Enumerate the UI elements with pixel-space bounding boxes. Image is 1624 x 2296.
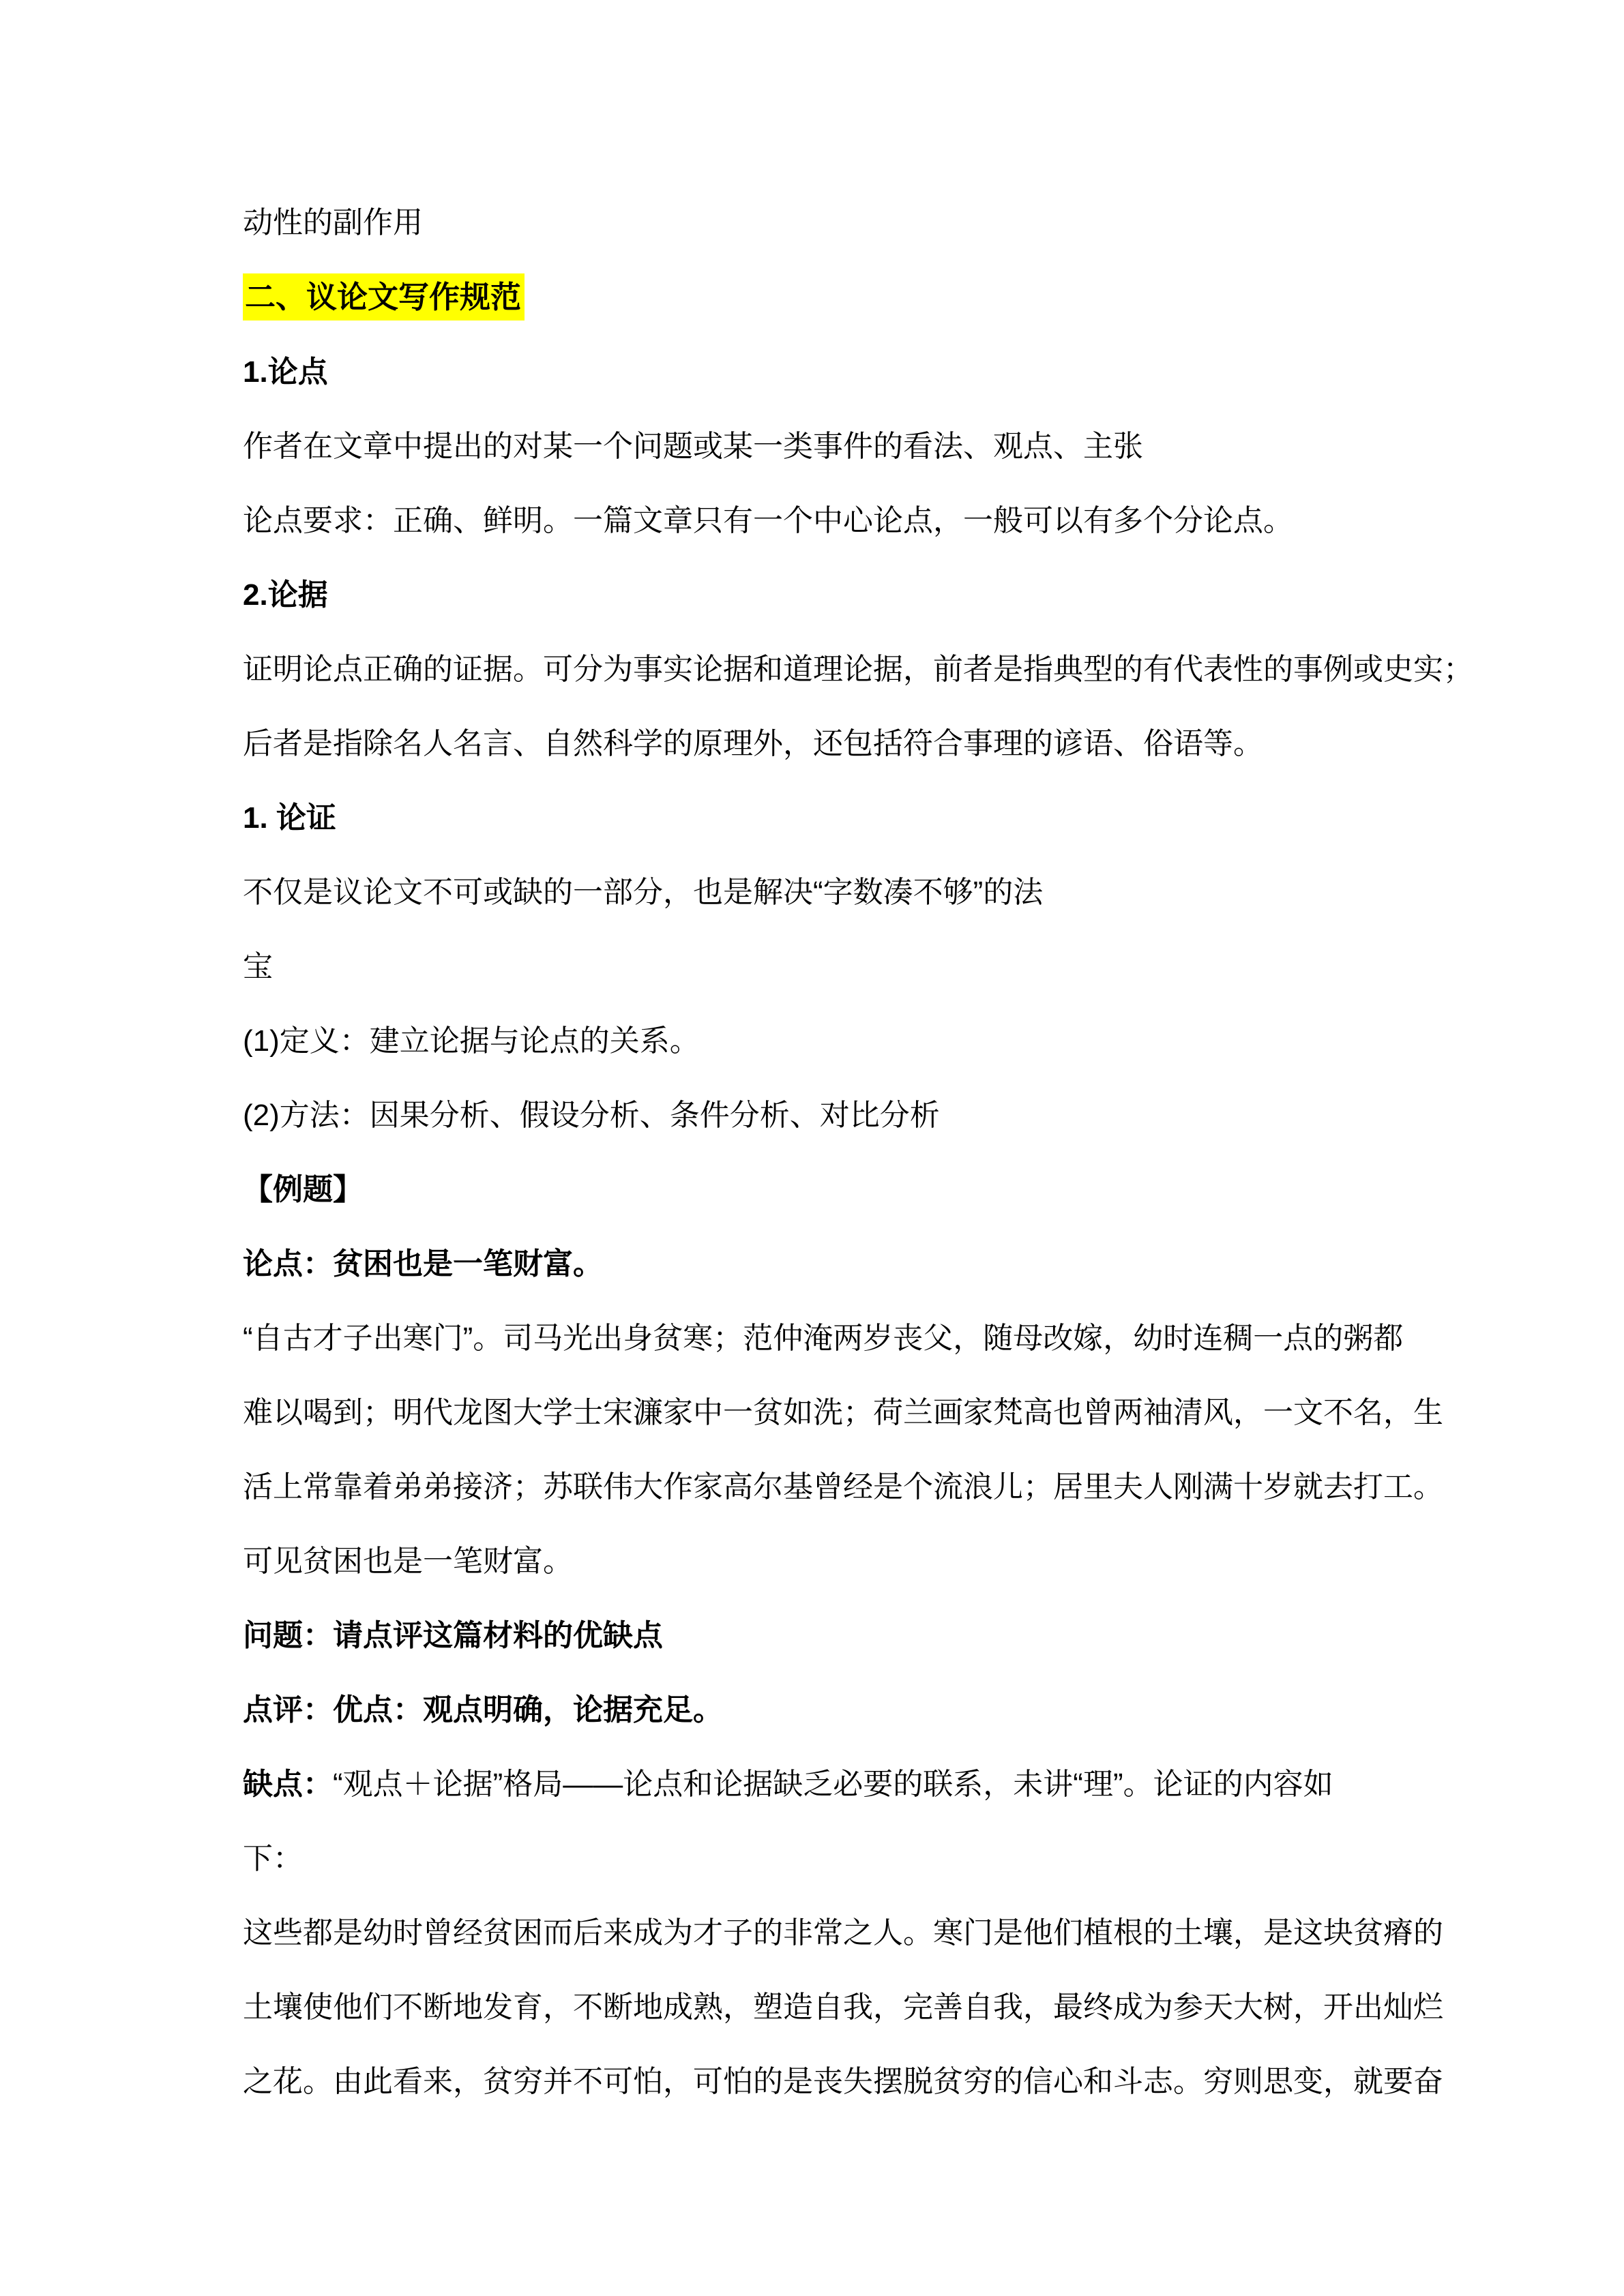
text-line: 活上常靠着弟弟接济；苏联伟大作家高尔基曾经是个流浪儿；居里夫人刚满十岁就去打工。 [243,1450,1419,1524]
text-line: 作者在文章中提出的对某一个问题或某一类事件的看法、观点、主张 [243,409,1419,483]
text-line: (1)定义：建立论据与论点的关系。 [243,1004,1419,1078]
text-line: 这些都是幼时曾经贫困而后来成为才子的非常之人。寒门是他们植根的土壤，是这块贫瘠的 [243,1896,1419,1970]
text-line: 不仅是议论文不可或缺的一部分，也是解决“字数凑不够”的法 [243,855,1419,929]
text-line: (2)方法：因果分析、假设分析、条件分析、对比分析 [243,1078,1419,1152]
text-line: “自古才子出寒门”。司马光出身贫寒；范仲淹两岁丧父，随母改嫁，幼时连稠一点的粥都 [243,1301,1419,1375]
section-heading-line: 二、议论文写作规范 [243,260,1419,335]
text-line: 土壤使他们不断地发育，不断地成熟，塑造自我，完善自我，最终成为参天大树，开出灿烂 [243,1970,1419,2044]
text-line: 难以喝到；明代龙图大学士宋濂家中一贫如洗；荷兰画家梵高也曾两袖清风，一文不名，生 [243,1375,1419,1450]
text-line: 之花。由此看来，贫穷并不可怕，可怕的是丧失摆脱贫穷的信心和斗志。穷则思变，就要奋 [243,2044,1419,2119]
question-line: 问题：请点评这篇材料的优缺点 [243,1598,1419,1673]
weakness-rest: “观点＋论据”格局——论点和论据缺乏必要的联系，未讲“理”。论证的内容如 [333,1768,1333,1801]
subheading-lundian: 1.论点 [243,335,1419,409]
thesis-line: 论点：贫困也是一笔财富。 [243,1227,1419,1301]
text-line: 论点要求：正确、鲜明。一篇文章只有一个中心论点，一般可以有多个分论点。 [243,483,1419,558]
text-line: 宝 [243,929,1419,1004]
text-line: 后者是指除名人名言、自然科学的原理外，还包括符合事理的谚语、俗语等。 [243,706,1419,781]
example-label: 【例题】 [243,1152,1419,1227]
subheading-lunju: 2.论据 [243,558,1419,632]
text-line: 可见贫困也是一笔财富。 [243,1524,1419,1598]
comment-line: 点评：优点：观点明确，论据充足。 [243,1673,1419,1747]
text-line: 下： [243,1821,1419,1896]
text-line: 动性的副作用 [243,185,1419,260]
subheading-lunzheng: 1. 论证 [243,781,1419,855]
weakness-line: 缺点：“观点＋论据”格局——论点和论据缺乏必要的联系，未讲“理”。论证的内容如 [243,1747,1419,1821]
weakness-lead-bold: 缺点： [243,1768,333,1801]
document-page: 动性的副作用 二、议论文写作规范 1.论点 作者在文章中提出的对某一个问题或某一… [0,0,1624,2296]
highlighted-section-heading: 二、议论文写作规范 [243,273,525,320]
text-line: 证明论点正确的证据。可分为事实论据和道理论据，前者是指典型的有代表性的事例或史实… [243,632,1419,706]
